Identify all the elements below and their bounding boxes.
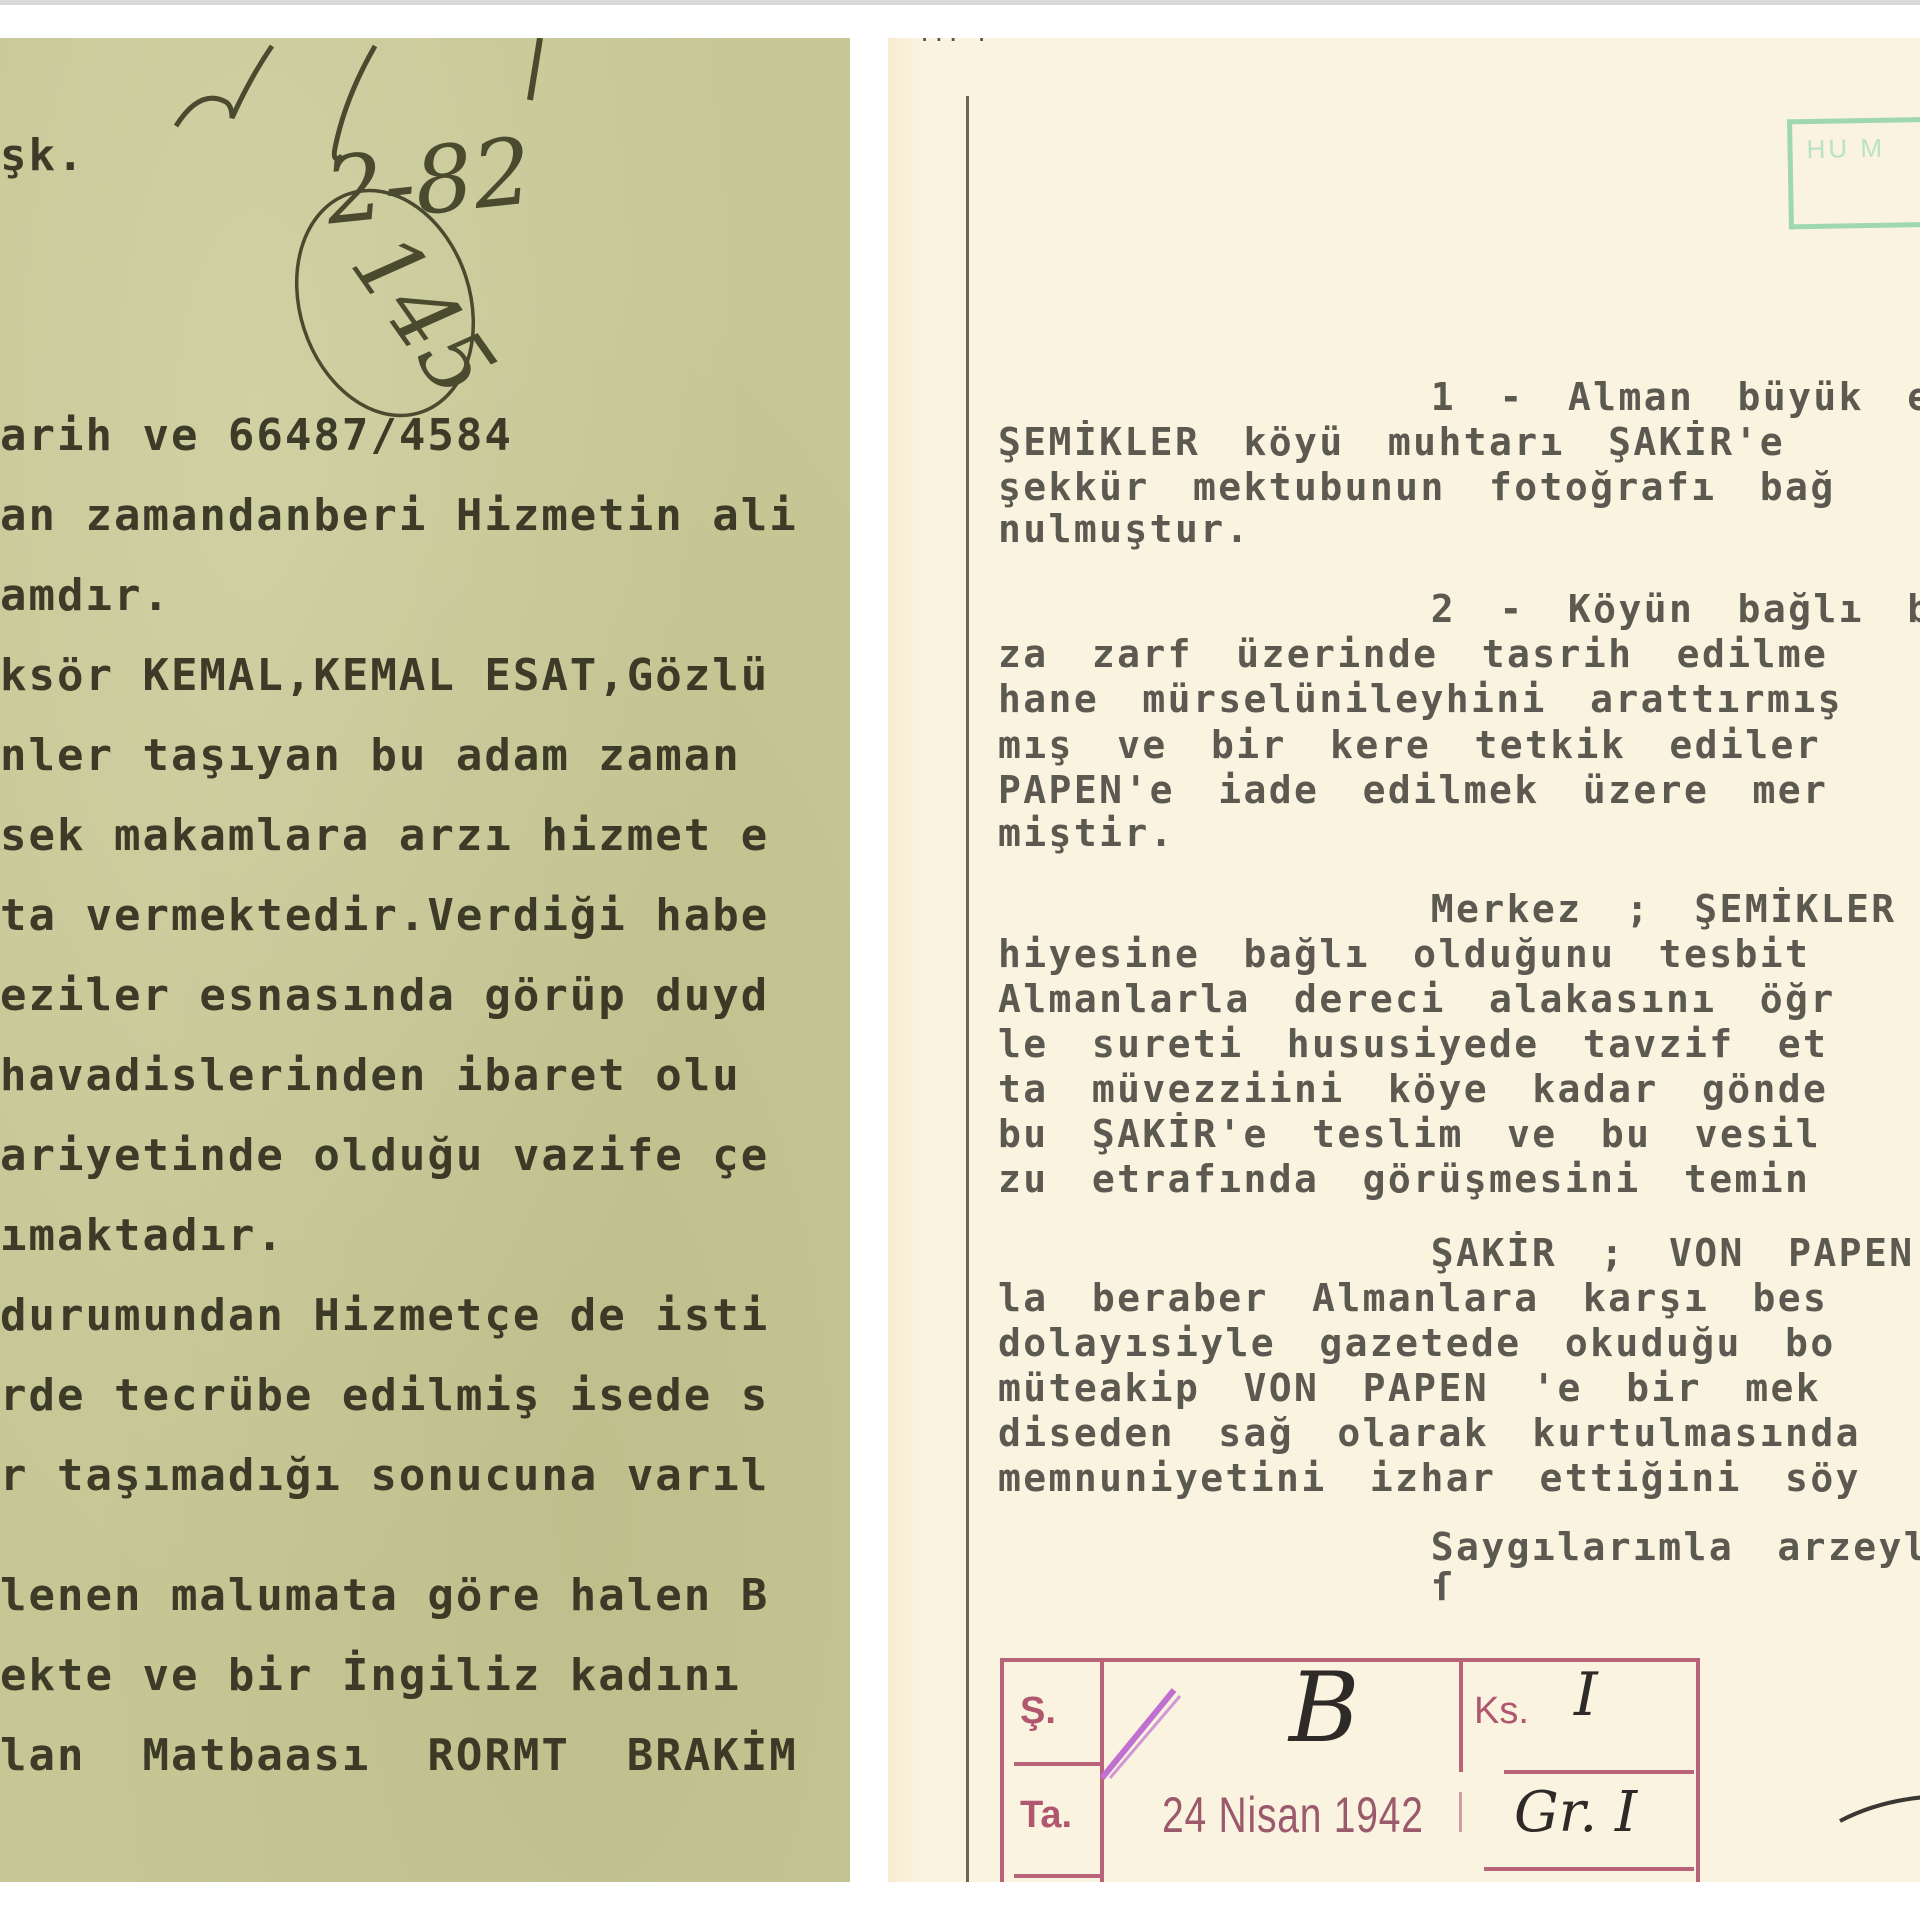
purple-check-mark-icon — [1094, 1682, 1184, 1782]
margin-rule — [966, 96, 969, 1882]
typed-line: 2 - Köyün bağlı bulunduğ — [998, 590, 1920, 628]
typed-line: la beraber Almanlara karşı bes — [998, 1279, 1828, 1317]
stamp-divider — [1504, 1770, 1694, 1774]
typed-line: mış ve bir kere tetkik ediler — [998, 726, 1821, 764]
stamp-divider — [1014, 1762, 1100, 1766]
typed-line: ta müvezziini köye kadar gönde — [998, 1070, 1828, 1108]
typed-line: ariyetinde olduğu vazife çe — [0, 1130, 769, 1181]
typed-line: rde tecrübe edilmiş isede s — [0, 1370, 769, 1421]
handwritten-initials: B — [1289, 1652, 1360, 1764]
page-corner-mark: ··· · — [918, 38, 989, 53]
typed-line: lenen malumata göre halen B — [0, 1570, 769, 1621]
stamp-label-ta: Ta. — [1020, 1794, 1072, 1837]
typed-line: Saygılarımla arzeylerim./ — [998, 1528, 1920, 1566]
margin-pen-stroke-icon — [1838, 1793, 1920, 1833]
handwritten-reference-number: 2-82 — [320, 117, 537, 245]
stamp-divider — [1459, 1662, 1463, 1772]
right-document-scan: ··· · HU M 1 - Alman büyük elçisiŞEMİKLE… — [888, 38, 1920, 1882]
typed-line: ımaktadır. — [0, 1210, 285, 1261]
typed-line: sek makamlara arzı hizmet e — [0, 810, 769, 861]
typed-line: şekkür mektubunun fotoğrafı bağ — [998, 468, 1836, 506]
typed-line: ſ — [998, 1568, 1456, 1606]
typed-line: lan Matbaası RORMT BRAKİM — [0, 1730, 798, 1781]
stamp-date: 24 Nisan 1942 — [1162, 1786, 1424, 1844]
typed-line: ŞAKİR ; VON PAPEN 'i şa — [998, 1234, 1920, 1272]
green-stamp-text: HU M — [1792, 122, 1920, 166]
typed-line: 1 - Alman büyük elçisi — [998, 378, 1920, 416]
left-document-scan: 145 2-82 şk.arih ve 66487/4584an zamanda… — [0, 38, 850, 1882]
stamp-label-sube: Ş. — [1020, 1690, 1056, 1733]
typed-line: amdır. — [0, 570, 171, 621]
typed-line: ŞEMİKLER köyü muhtarı ŞAKİR'e — [998, 423, 1785, 461]
typed-line: diseden sağ olarak kurtulmasında — [998, 1414, 1861, 1452]
typed-line: Merkez ; ŞEMİKLER köyünün — [998, 890, 1920, 928]
typed-line: hane mürselünileyhini arattırmış — [998, 680, 1843, 718]
typed-line: ksör KEMAL,KEMAL ESAT,Gözlü — [0, 650, 769, 701]
typed-line: ezi̇ler esnasında görüp duyd — [0, 970, 769, 1021]
stamp-divider — [1484, 1867, 1694, 1871]
stamp-label-ks: Ks. — [1474, 1690, 1529, 1733]
typed-line: zu etrafında görüşmesini temin — [998, 1160, 1810, 1198]
top-border-strip — [0, 0, 1920, 5]
handwritten-gr-value: Gr. I — [1514, 1780, 1637, 1845]
typed-line: za zarf üzerinde tasrih edilme — [998, 635, 1828, 673]
typed-line: şk. — [0, 130, 85, 181]
typed-line: ta vermektedir.Verdiği habe — [0, 890, 769, 941]
typed-line: ekte ve bir İngiliz kadını — [0, 1650, 741, 1701]
typed-line: r taşımadığı sonucuna varıl — [0, 1450, 769, 1501]
typed-line: hiyesine bağlı olduğunu tesbit — [998, 935, 1810, 973]
typed-line: arih ve 66487/4584 — [0, 410, 513, 461]
registry-stamp: Ş. Ta. Ks. B I 24 Nisan 1942 Gr. I — [1000, 1658, 1700, 1882]
stamp-divider — [1014, 1874, 1100, 1878]
handwritten-ks-value: I — [1574, 1660, 1598, 1730]
svg-text:145: 145 — [330, 215, 515, 416]
typed-line: PAPEN'e iade edilmek üzere mer — [998, 771, 1828, 809]
handwritten-annotations: 145 — [0, 38, 850, 458]
typed-line: bu ŞAKİR'e teslim ve bu vesil — [998, 1115, 1821, 1153]
typed-line: an zamandanberi Hizmetin ali — [0, 490, 798, 541]
typed-line: nler taşıyan bu adam zaman — [0, 730, 741, 781]
typed-line: dolayısiyle gazetede okuduğu bo — [998, 1324, 1836, 1362]
stamp-divider — [1459, 1792, 1462, 1832]
typed-line: Almanlarla dereci alakasını öğr — [998, 980, 1836, 1018]
handwriting-strokes-icon: 145 — [0, 38, 850, 458]
typed-line: memnuniyetini izhar ettiğini söy — [998, 1459, 1861, 1497]
typed-line: miştir. — [998, 814, 1175, 852]
typed-line: durumundan Hizmetçe de isti — [0, 1290, 769, 1341]
typed-line: nulmuştur. — [998, 510, 1251, 548]
green-received-stamp: HU M — [1787, 117, 1920, 230]
typed-line: le sureti hususiyede tavzif et — [998, 1025, 1828, 1063]
typed-line: müteakip VON PAPEN 'e bir mek — [998, 1369, 1821, 1407]
typed-line: havadislerinden ibaret olu — [0, 1050, 741, 1101]
